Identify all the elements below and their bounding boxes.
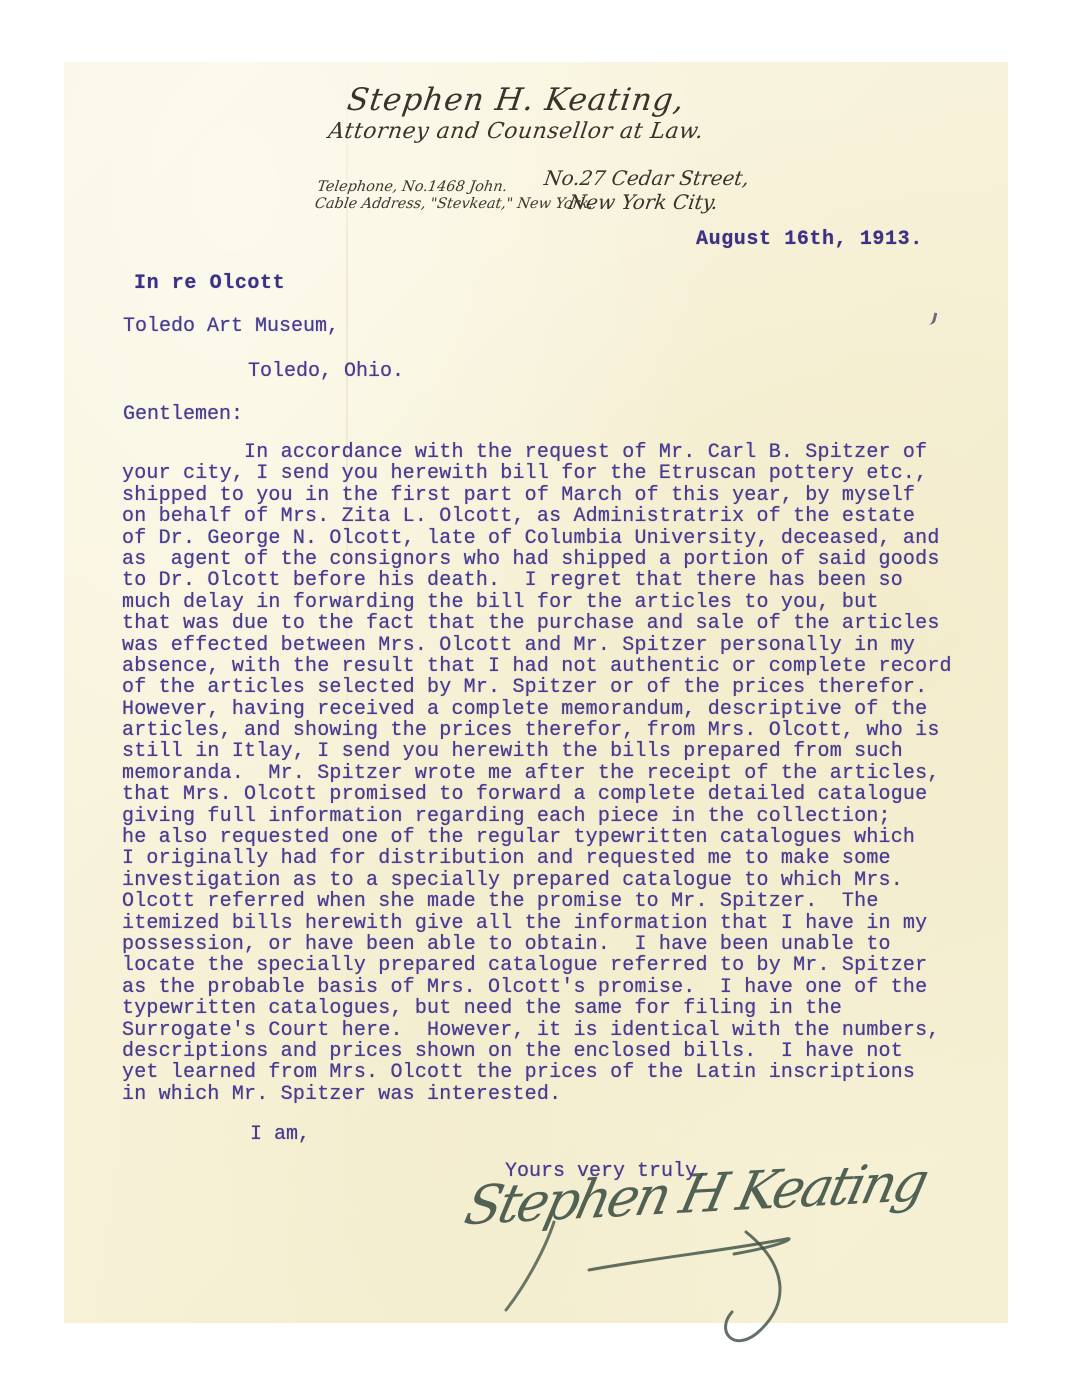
body-line: that Mrs. Olcott promised to forward a c…	[122, 784, 952, 805]
body-line: still in Itlay, I send you herewith the …	[122, 741, 952, 762]
street-line: No.27 Cedar Street,	[514, 166, 779, 190]
body-line: as the probable basis of Mrs. Olcott's p…	[122, 977, 952, 998]
body-line: your city, I send you herewith bill for …	[122, 463, 952, 484]
body-line: locate the specially prepared catalogue …	[122, 955, 952, 976]
body-line: Surrogate's Court here. However, it is i…	[122, 1020, 952, 1041]
body-line: that was due to the fact that the purcha…	[122, 613, 952, 634]
body-line: in which Mr. Spitzer was interested.	[122, 1084, 952, 1105]
city-line: New York City.	[511, 190, 776, 214]
body-line: investigation as to a specially prepared…	[122, 870, 952, 891]
body-line: I originally had for distribution and re…	[122, 848, 952, 869]
body-line: In accordance with the request of Mr. Ca…	[122, 442, 952, 463]
body-line: yet learned from Mrs. Olcott the prices …	[122, 1062, 952, 1083]
ink-mark	[927, 311, 938, 326]
body-line: he also requested one of the regular typ…	[122, 827, 952, 848]
salutation: Gentlemen:	[123, 403, 243, 426]
body-line: was effected between Mrs. Olcott and Mr.…	[122, 635, 952, 656]
letterhead-address-block: No.27 Cedar Street, New York City.	[511, 166, 780, 214]
body-line: possession, or have been able to obtain.…	[122, 934, 952, 955]
body-line: descriptions and prices shown on the enc…	[122, 1041, 952, 1062]
body-line: itemized bills herewith give all the inf…	[122, 913, 952, 934]
body-line: to Dr. Olcott before his death. I regret…	[122, 570, 952, 591]
recipient-city: Toledo, Ohio.	[248, 360, 404, 383]
body-line: articles, and showing the prices therefo…	[122, 720, 952, 741]
body-line: on behalf of Mrs. Zita L. Olcott, as Adm…	[122, 506, 952, 527]
body-line: much delay in forwarding the bill for th…	[122, 592, 952, 613]
letterhead-title: Attorney and Counsellor at Law.	[62, 119, 970, 144]
date-line: August 16th, 1913.	[696, 228, 923, 251]
body-paragraph: In accordance with the request of Mr. Ca…	[122, 442, 952, 1105]
scan-background: { "letterhead": { "name": "Stephen H. Ke…	[0, 0, 1071, 1386]
body-line: of Dr. George N. Olcott, late of Columbi…	[122, 528, 952, 549]
pre-closing: I am,	[250, 1123, 310, 1146]
body-line: typewritten catalogues, but need the sam…	[122, 998, 952, 1019]
body-line: memoranda. Mr. Spitzer wrote me after th…	[122, 763, 952, 784]
subject-line: In re Olcott	[134, 272, 285, 295]
body-line: giving full information regarding each p…	[122, 806, 952, 827]
body-line: shipped to you in the first part of Marc…	[122, 485, 952, 506]
body-line: absence, with the result that I had not …	[122, 656, 952, 677]
letterhead-name: Stephen H. Keating,	[61, 82, 970, 118]
recipient-name: Toledo Art Museum,	[123, 315, 339, 338]
body-line: Olcott referred when she made the promis…	[122, 891, 952, 912]
body-line: of the articles selected by Mr. Spitzer …	[122, 677, 952, 698]
body-line: However, having received a complete memo…	[122, 699, 952, 720]
body-line: as agent of the consignors who had shipp…	[122, 549, 952, 570]
letter-page: Stephen H. Keating, Attorney and Counsel…	[64, 62, 1008, 1323]
